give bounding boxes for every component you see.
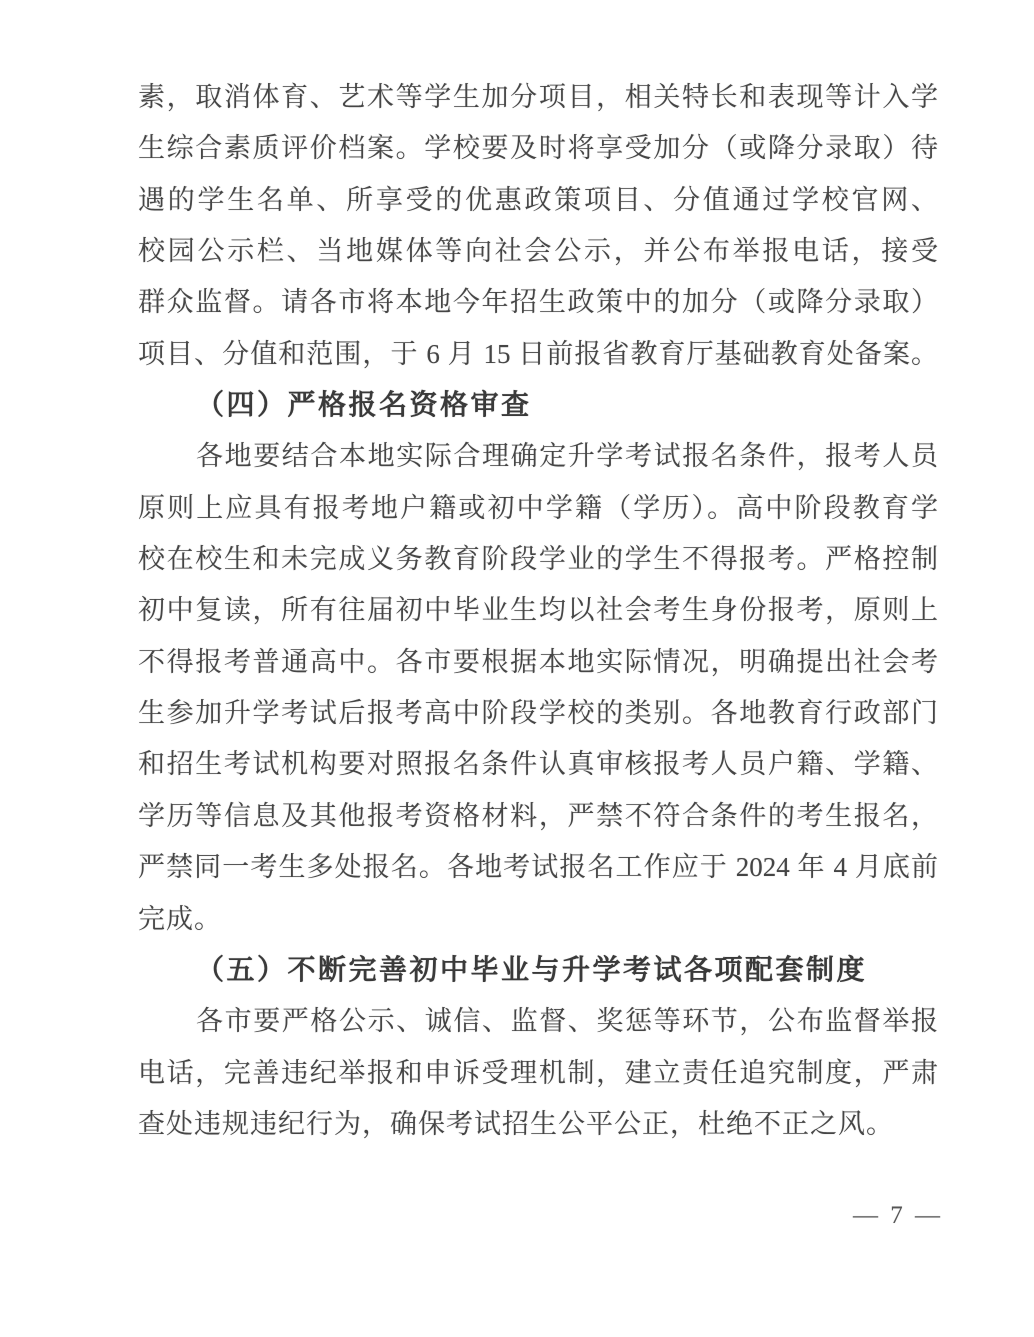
text-line: 各市要严格公示、诚信、监督、奖惩等环节，公布监督举报 (138, 996, 938, 1047)
text-line: 原则上应具有报考地户籍或初中学籍（学历）。高中阶段教育学 (138, 483, 938, 534)
text-line: 学历等信息及其他报考资格材料，严禁不符合条件的考生报名， (138, 791, 938, 842)
section-heading-4: （四）严格报名资格审查 (138, 380, 938, 431)
text-line: 完成。 (138, 894, 938, 945)
text-line: 生参加升学考试后报考高中阶段学校的类别。各地教育行政部门 (138, 688, 938, 739)
document-body: 素，取消体育、艺术等学生加分项目，相关特长和表现等计入学 生综合素质评价档案。学… (138, 72, 938, 1150)
text-line: 和招生考试机构要对照报名条件认真审核报考人员户籍、学籍、 (138, 739, 938, 790)
text-line: 不得报考普通高中。各市要根据本地实际情况，明确提出社会考 (138, 637, 938, 688)
text-line: 校园公示栏、当地媒体等向社会公示，并公布举报电话，接受 (138, 226, 938, 277)
text-line: 查处违规违纪行为，确保考试招生公平公正，杜绝不正之风。 (138, 1099, 938, 1150)
text-line: 校在校生和未完成义务教育阶段学业的学生不得报考。严格控制 (138, 534, 938, 585)
text-line: 项目、分值和范围，于 6 月 15 日前报省教育厅基础教育处备案。 (138, 329, 938, 380)
text-line: 素，取消体育、艺术等学生加分项目，相关特长和表现等计入学 (138, 72, 938, 123)
text-line: 严禁同一考生多处报名。各地考试报名工作应于 2024 年 4 月底前 (138, 842, 938, 893)
text-line: 生综合素质评价档案。学校要及时将享受加分（或降分录取）待 (138, 123, 938, 174)
document-page: 素，取消体育、艺术等学生加分项目，相关特长和表现等计入学 生综合素质评价档案。学… (0, 0, 1034, 1337)
section-heading-5: （五）不断完善初中毕业与升学考试各项配套制度 (138, 945, 938, 996)
text-line: 各地要结合本地实际合理确定升学考试报名条件，报考人员 (138, 431, 938, 482)
text-line: 电话，完善违纪举报和申诉受理机制，建立责任追究制度，严肃 (138, 1048, 938, 1099)
text-line: 群众监督。请各市将本地今年招生政策中的加分（或降分录取） (138, 277, 938, 328)
page-number: — 7 — (828, 1202, 968, 1230)
text-line: 初中复读，所有往届初中毕业生均以社会考生身份报考，原则上 (138, 585, 938, 636)
text-line: 遇的学生名单、所享受的优惠政策项目、分值通过学校官网、 (138, 175, 938, 226)
